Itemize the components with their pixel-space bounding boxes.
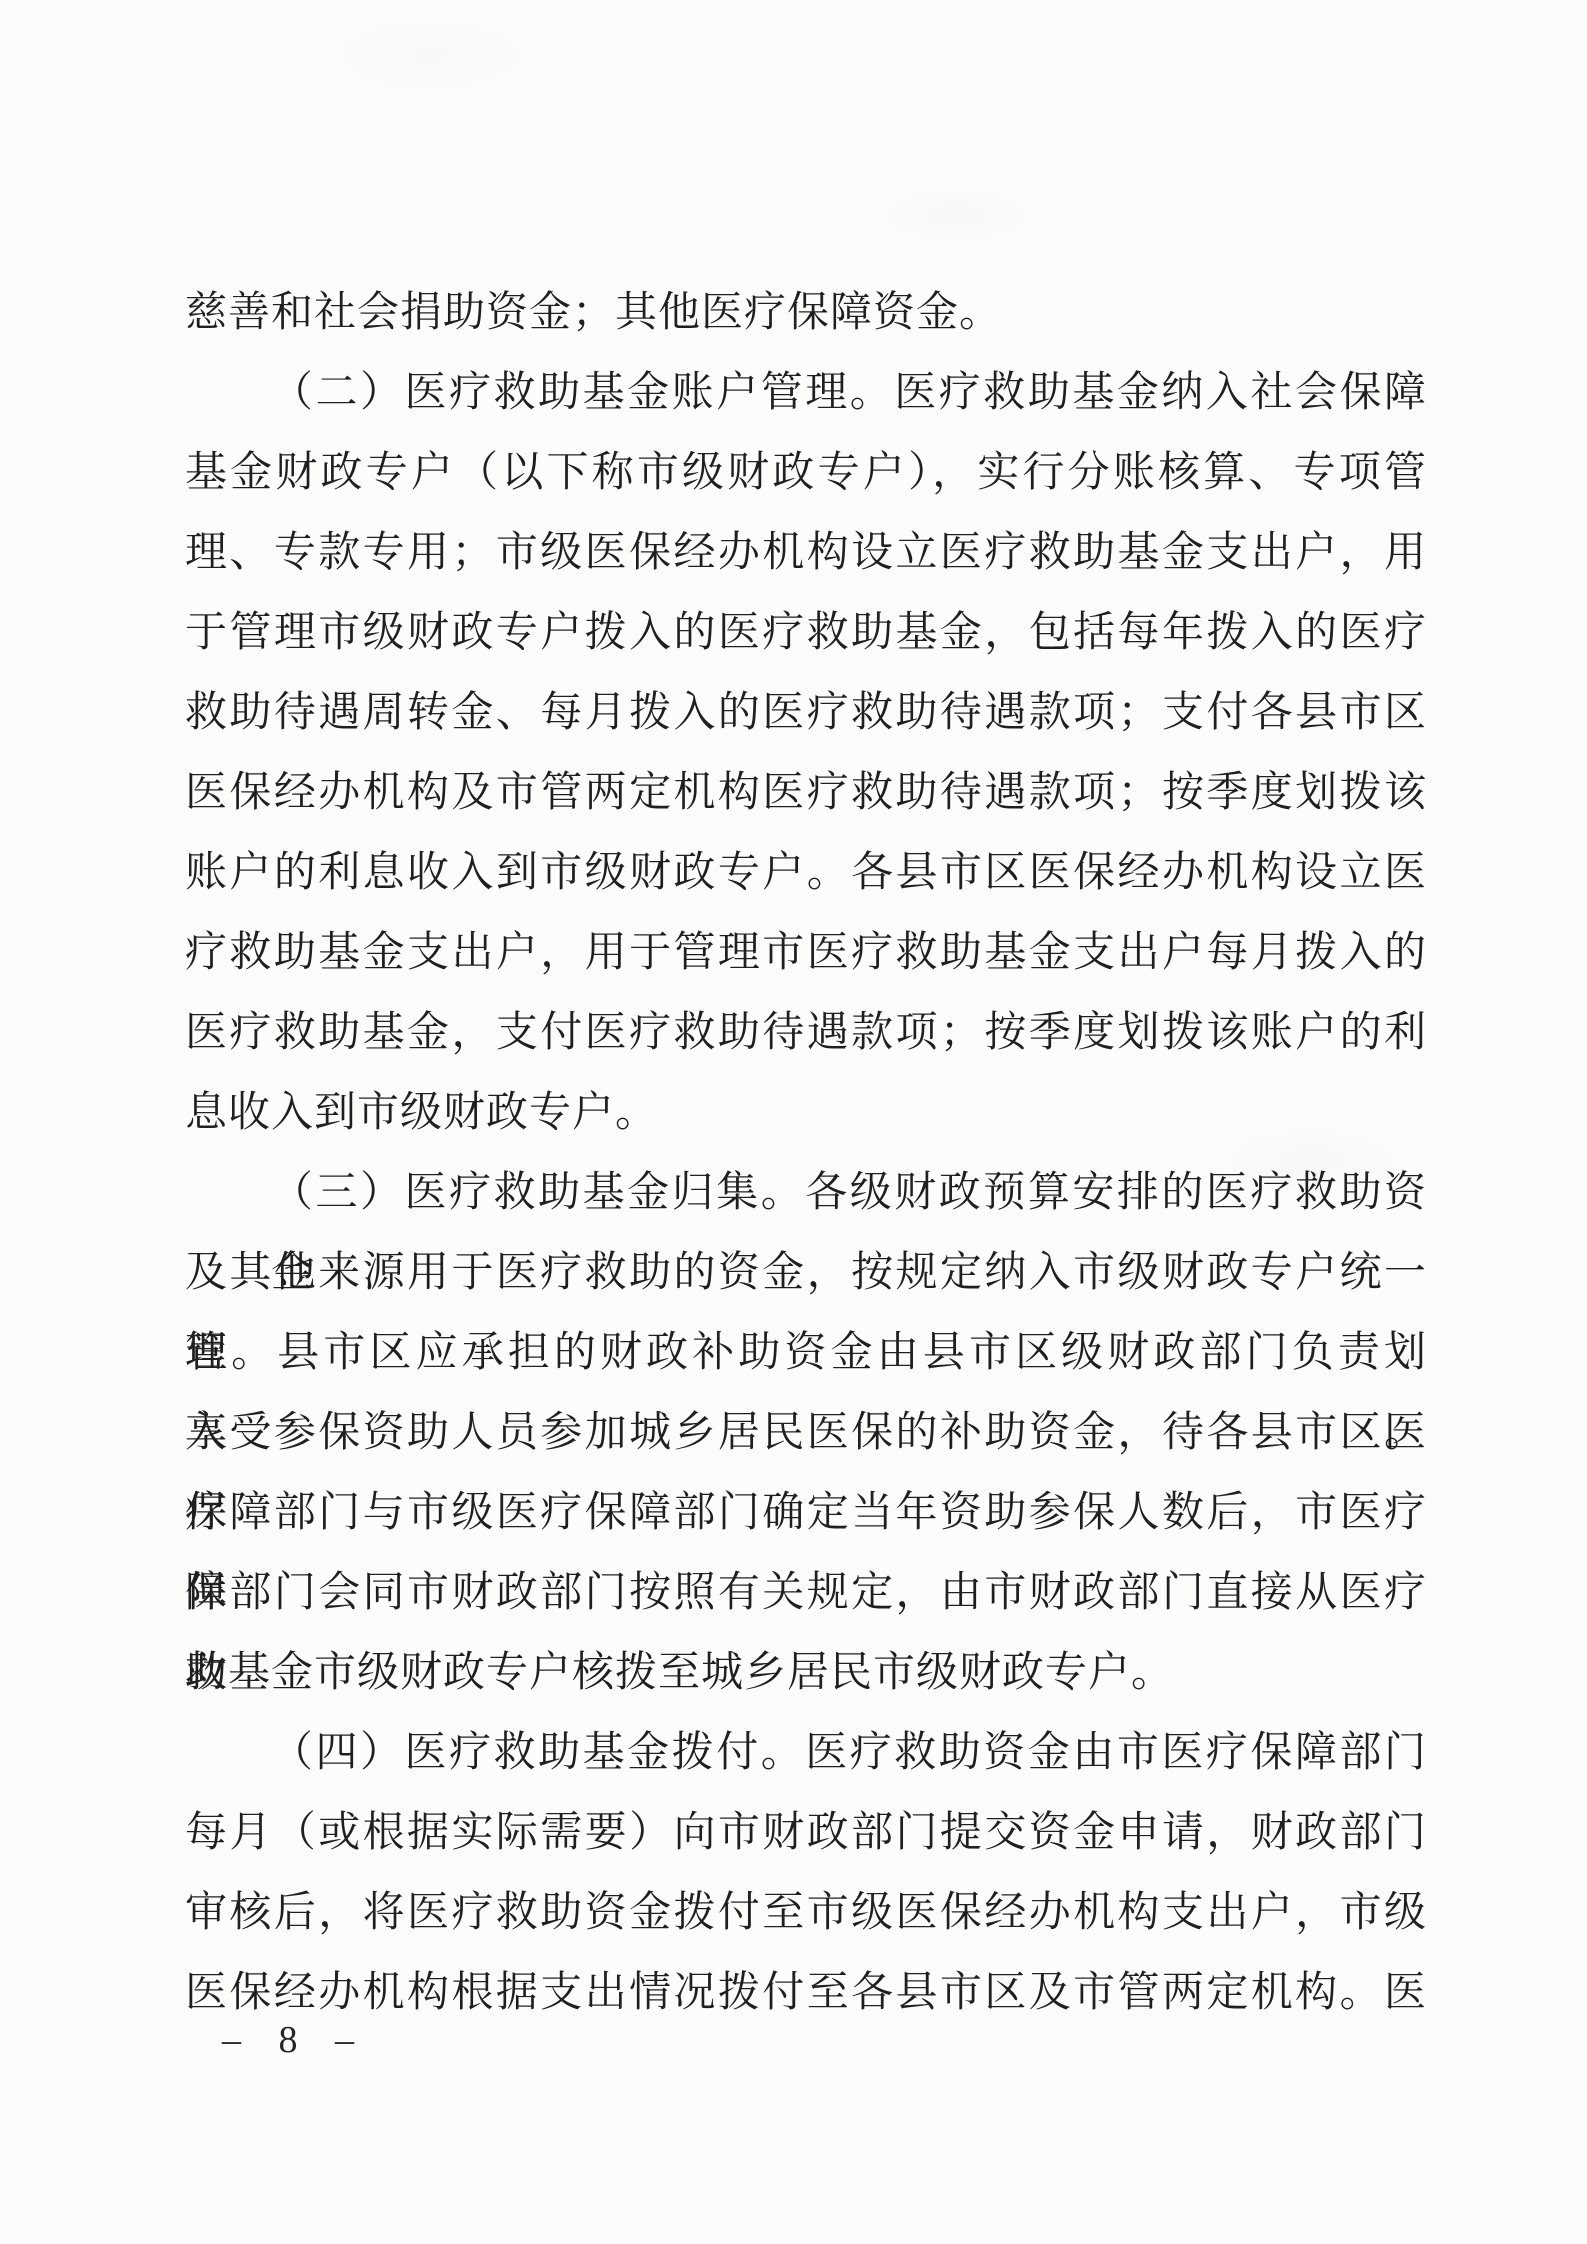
text-line: 医保经办机构及市管两定机构医疗救助待遇款项；按季度划拨该 <box>185 753 1427 833</box>
text-line: 理。县市区应承担的财政补助资金由县市区级财政部门负责划入。 <box>185 1313 1427 1393</box>
text-line: （二）医疗救助基金账户管理。医疗救助基金纳入社会保障 <box>185 353 1427 433</box>
text-line: 医保经办机构根据支出情况拨付至各县市区及市管两定机构。医 <box>185 1953 1427 2033</box>
text-line: 慈善和社会捐助资金；其他医疗保障资金。 <box>185 273 1427 353</box>
text-line: 救助待遇周转金、每月拨入的医疗救助待遇款项；支付各县市区 <box>185 673 1427 753</box>
text-line: 助基金市级财政专户核拨至城乡居民市级财政专户。 <box>185 1633 1427 1713</box>
text-line: （四）医疗救助基金拨付。医疗救助资金由市医疗保障部门 <box>185 1713 1427 1793</box>
text-line: 账户的利息收入到市级财政专户。各县市区医保经办机构设立医 <box>185 833 1427 913</box>
text-line: 保障部门与市级医疗保障部门确定当年资助参保人数后，市医疗保 <box>185 1473 1427 1553</box>
text-line: （三）医疗救助基金归集。各级财政预算安排的医疗救助资金 <box>185 1153 1427 1233</box>
text-line: 享受参保资助人员参加城乡居民医保的补助资金，待各县市区医疗 <box>185 1393 1427 1473</box>
text-line: 息收入到市级财政专户。 <box>185 1073 1427 1153</box>
text-line: 每月（或根据实际需要）向市财政部门提交资金申请，财政部门 <box>185 1793 1427 1873</box>
document-page: 慈善和社会捐助资金；其他医疗保障资金。（二）医疗救助基金账户管理。医疗救助基金纳… <box>0 0 1587 2244</box>
text-line: 基金财政专户（以下称市级财政专户），实行分账核算、专项管 <box>185 433 1427 513</box>
page-number: – 8 – <box>222 2018 368 2062</box>
text-line: 审核后，将医疗救助资金拨付至市级医保经办机构支出户，市级 <box>185 1873 1427 1953</box>
text-line: 及其他来源用于医疗救助的资金，按规定纳入市级财政专户统一管 <box>185 1233 1427 1313</box>
text-line: 理、专款专用；市级医保经办机构设立医疗救助基金支出户，用 <box>185 513 1427 593</box>
text-line: 障部门会同市财政部门按照有关规定，由市财政部门直接从医疗救 <box>185 1553 1427 1633</box>
text-line: 疗救助基金支出户，用于管理市医疗救助基金支出户每月拨入的 <box>185 913 1427 993</box>
document-body: 慈善和社会捐助资金；其他医疗保障资金。（二）医疗救助基金账户管理。医疗救助基金纳… <box>185 273 1427 2033</box>
text-line: 于管理市级财政专户拨入的医疗救助基金，包括每年拨入的医疗 <box>185 593 1427 673</box>
text-line: 医疗救助基金，支付医疗救助待遇款项；按季度划拨该账户的利 <box>185 993 1427 1073</box>
page-footer: – 8 – <box>222 2012 368 2068</box>
